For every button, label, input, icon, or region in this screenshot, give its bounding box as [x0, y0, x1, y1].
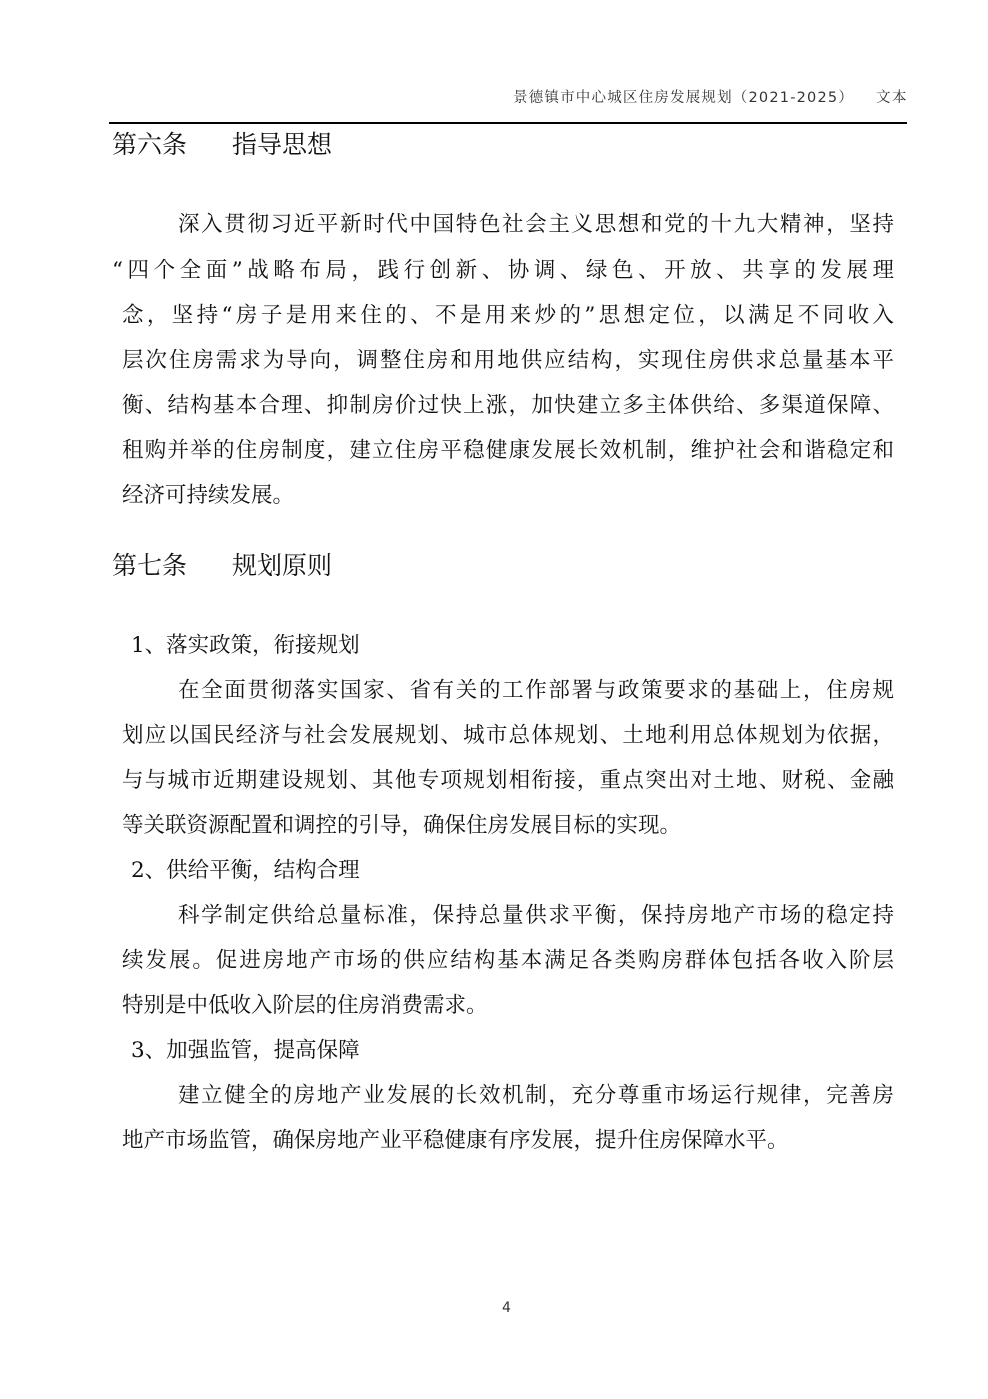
paragraph-line: 续发展。促进房地产市场的供应结构基本满足各类购房群体包括各收入阶层: [122, 943, 894, 974]
paragraph-line: 租购并举的住房制度，建立住房平稳健康发展长效机制，维护社会和谐稳定和: [122, 433, 894, 464]
paragraph-line: “四个全面”战略布局，践行创新、协调、绿色、开放、共享的发展理: [112, 253, 894, 284]
principle-heading: 1、落实政策，衔接规划: [131, 628, 360, 659]
section-heading: 第七条规划原则: [112, 546, 332, 582]
paragraph-line: 划应以国民经济与社会发展规划、城市总体规划、土地利用总体规划为依据，: [122, 718, 894, 749]
paragraph-line: 在全面贯彻落实国家、省有关的工作部署与政策要求的基础上，住房规: [178, 673, 894, 704]
principle-heading: 3、加强监管，提高保障: [131, 1033, 360, 1064]
paragraph-line: 地产市场监管，确保房地产业平稳健康有序发展，提升住房保障水平。: [122, 1123, 894, 1154]
paragraph-line: 与与城市近期建设规划、其他专项规划相衔接，重点突出对土地、财税、金融: [122, 763, 894, 794]
paragraph-line: 深入贯彻习近平新时代中国特色社会主义思想和党的十九大精神，坚持: [178, 207, 894, 238]
article-number: 第六条: [112, 125, 232, 161]
article-number: 第七条: [112, 546, 232, 582]
principle-heading: 2、供给平衡，结构合理: [131, 853, 360, 884]
article-title: 指导思想: [232, 130, 332, 159]
paragraph-line: 层次住房需求为导向，调整住房和用地供应结构，实现住房供求总量基本平: [122, 343, 894, 374]
section-heading: 第六条指导思想: [112, 125, 332, 161]
document-title: 景德镇市中心城区住房发展规划（2021-2025）: [513, 86, 854, 107]
document-tag: 文本: [876, 86, 908, 107]
paragraph-line: 衡、结构基本合理、抑制房价过快上涨，加快建立多主体供给、多渠道保障、: [122, 388, 894, 419]
paragraph-line: 经济可持续发展。: [122, 478, 894, 509]
paragraph-line: 念，坚持“房子是用来住的、不是用来炒的”思想定位，以满足不同收入: [122, 298, 894, 329]
page-number: 4: [502, 1300, 511, 1316]
paragraph-line: 建立健全的房地产业发展的长效机制，充分尊重市场运行规律，完善房: [178, 1078, 894, 1109]
paragraph-line: 科学制定供给总量标准，保持总量供求平衡，保持房地产市场的稳定持: [178, 898, 894, 929]
paragraph-line: 特别是中低收入阶层的住房消费需求。: [122, 988, 894, 1019]
paragraph-line: 等关联资源配置和调控的引导，确保住房发展目标的实现。: [122, 808, 894, 839]
article-title: 规划原则: [232, 551, 332, 580]
header-divider: [109, 122, 907, 124]
